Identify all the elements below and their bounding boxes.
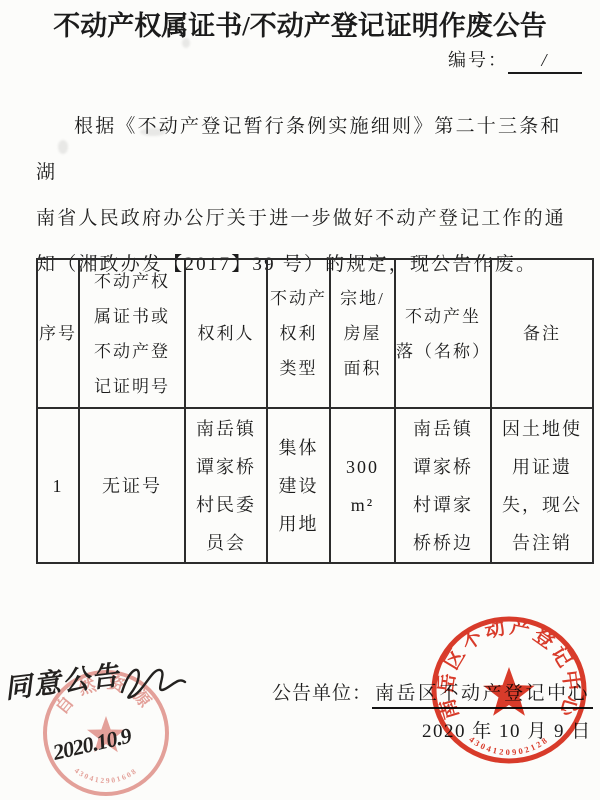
handwritten-approval-text: 同意公告 [3,660,123,704]
cell-index: 1 [37,408,79,563]
official-seal-registration-center: 南岳区不动产登记中心 4304120902128 [424,612,594,770]
col-header-certificate-no: 不动产权 属证书或 不动产登 记证明号 [79,259,185,408]
cell-certificate-no: 无证号 [79,408,185,563]
serial-label: 编号： [448,50,508,70]
cancellation-table: 序号 不动产权 属证书或 不动产登 记证明号 权利人 不动产 权利 类型 宗地/… [36,258,594,564]
serial-value: / [508,50,582,74]
cell-area: 300 m² [330,408,395,563]
scanned-announcement-page: 不动产权属证书/不动产登记证明作废公告 编号：/ 根据《不动产登记暂行条例实施细… [0,0,600,800]
cell-remarks: 因土地使 用证遗 失，现公 告注销 [491,408,593,563]
issuer-label: 公告单位： [272,683,372,704]
col-header-area: 宗地/ 房屋 面积 [330,259,395,408]
serial-number-line: 编号：/ [448,46,582,74]
col-header-index: 序号 [37,259,79,408]
handwritten-date: 2020.10.9 [50,723,135,766]
cell-right-holder: 南岳镇 谭家桥 村民委 员会 [185,408,267,563]
cell-location: 南岳镇 谭家桥 村谭家 桥桥边 [395,408,491,563]
handwritten-annotation: 同意公告 2020.10.9 [0,648,235,798]
seal-star-icon [483,667,534,716]
table-header-row: 序号 不动产权 属证书或 不动产登 记证明号 权利人 不动产 权利 类型 宗地/… [37,259,593,408]
col-header-location: 不动产坐 落（名称） [395,259,491,408]
col-header-right-holder: 权利人 [185,259,267,408]
col-header-remarks: 备注 [491,259,593,408]
table-row: 1 无证号 南岳镇 谭家桥 村民委 员会 集体 建设 用地 300 m² 南岳镇… [37,408,593,563]
cell-right-type: 集体 建设 用地 [267,408,330,563]
col-header-right-type: 不动产 权利 类型 [267,259,330,408]
handwritten-signature-scribble [122,670,185,698]
page-title: 不动产权属证书/不动产登记证明作废公告 [0,4,600,43]
